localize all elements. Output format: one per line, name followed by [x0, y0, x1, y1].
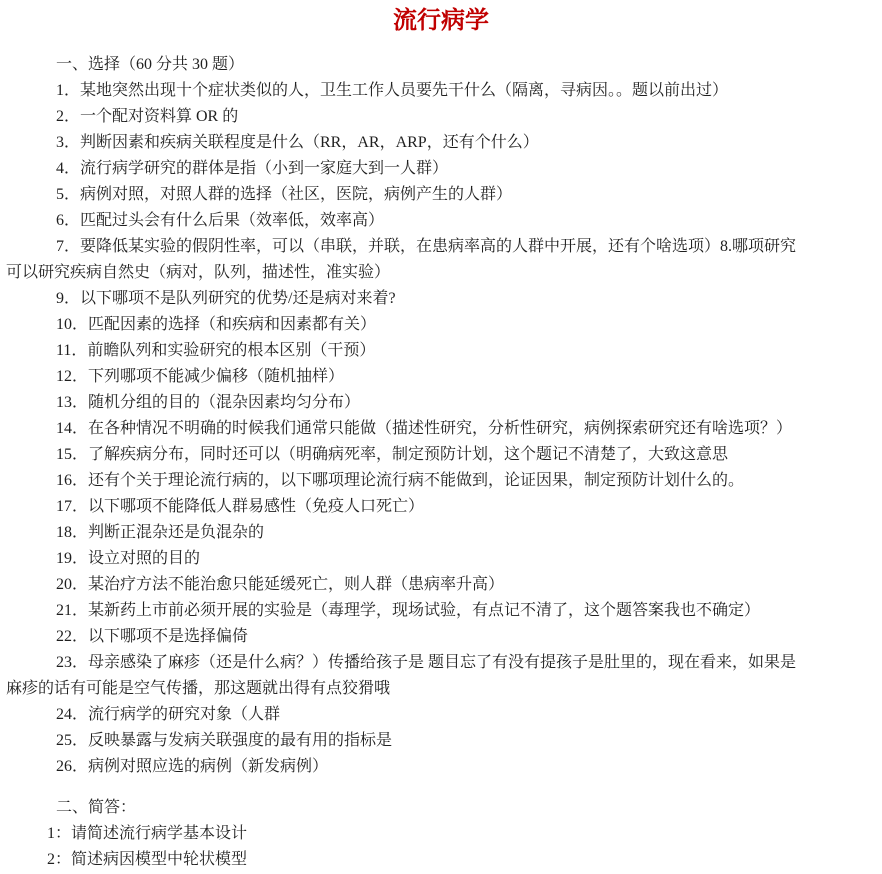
- short-answer-2: 2：简述病因模型中轮状模型: [0, 847, 882, 873]
- question-18: 18．判断正混杂还是负混杂的: [0, 520, 882, 546]
- question-7-8-line2: 可以研究疾病自然史（病对，队列，描述性，准实验）: [0, 260, 882, 286]
- document-title: 流行病学: [0, 0, 882, 36]
- question-16: 16．还有个关于理论流行病的，以下哪项理论流行病不能做到，论证因果，制定预防计划…: [0, 468, 882, 494]
- question-20: 20．某治疗方法不能治愈只能延缓死亡，则人群（患病率升高）: [0, 572, 882, 598]
- question-3: 3．判断因素和疾病关联程度是什么（RR，AR，ARP，还有个什么）: [0, 130, 882, 156]
- question-9: 9．以下哪项不是队列研究的优势/还是病对来着?: [0, 286, 882, 312]
- question-13: 13．随机分组的目的（混杂因素均匀分布）: [0, 390, 882, 416]
- question-21: 21．某新药上市前必须开展的实验是（毒理学，现场试验，有点记不清了，这个题答案我…: [0, 598, 882, 624]
- question-24: 24．流行病学的研究对象（人群: [0, 702, 882, 728]
- question-7-8-line1: 7．要降低某实验的假阴性率，可以（串联，并联，在患病率高的人群中开展，还有个啥选…: [0, 234, 882, 260]
- question-6: 6．匹配过头会有什么后果（效率低，效率高）: [0, 208, 882, 234]
- question-11: 11．前瞻队列和实验研究的根本区别（干预）: [0, 338, 882, 364]
- question-17: 17．以下哪项不能降低人群易感性（免疫人口死亡）: [0, 494, 882, 520]
- question-23-line2: 麻疹的话有可能是空气传播，那这题就出得有点狡猾哦: [0, 676, 882, 702]
- section1-heading: 一、选择（60 分共 30 题）: [0, 52, 882, 78]
- question-2: 2．一个配对资料算 OR 的: [0, 104, 882, 130]
- question-4: 4．流行病学研究的群体是指（小到一家庭大到一人群）: [0, 156, 882, 182]
- document-page: 流行病学 一、选择（60 分共 30 题） 1．某地突然出现十个症状类似的人，卫…: [0, 0, 882, 874]
- question-22: 22．以下哪项不是选择偏倚: [0, 624, 882, 650]
- question-10: 10．匹配因素的选择（和疾病和因素都有关）: [0, 312, 882, 338]
- question-25: 25．反映暴露与发病关联强度的最有用的指标是: [0, 728, 882, 754]
- short-answer-1: 1：请简述流行病学基本设计: [0, 821, 882, 847]
- question-26: 26．病例对照应选的病例（新发病例）: [0, 754, 882, 780]
- question-1: 1．某地突然出现十个症状类似的人，卫生工作人员要先干什么（隔离，寻病因。。题以前…: [0, 78, 882, 104]
- question-15: 15．了解疾病分布，同时还可以（明确病死率，制定预防计划，这个题记不清楚了，大致…: [0, 442, 882, 468]
- question-23-line1: 23．母亲感染了麻疹（还是什么病？）传播给孩子是 题目忘了有没有提孩子是肚里的，…: [0, 650, 882, 676]
- question-14: 14．在各种情况不明确的时候我们通常只能做（描述性研究，分析性研究，病例探索研究…: [0, 416, 882, 442]
- question-5: 5．病例对照，对照人群的选择（社区，医院，病例产生的人群）: [0, 182, 882, 208]
- question-12: 12．下列哪项不能减少偏移（随机抽样）: [0, 364, 882, 390]
- question-19: 19．设立对照的目的: [0, 546, 882, 572]
- document-body: 一、选择（60 分共 30 题） 1．某地突然出现十个症状类似的人，卫生工作人员…: [0, 52, 882, 873]
- section2-heading: 二、简答：: [0, 795, 882, 821]
